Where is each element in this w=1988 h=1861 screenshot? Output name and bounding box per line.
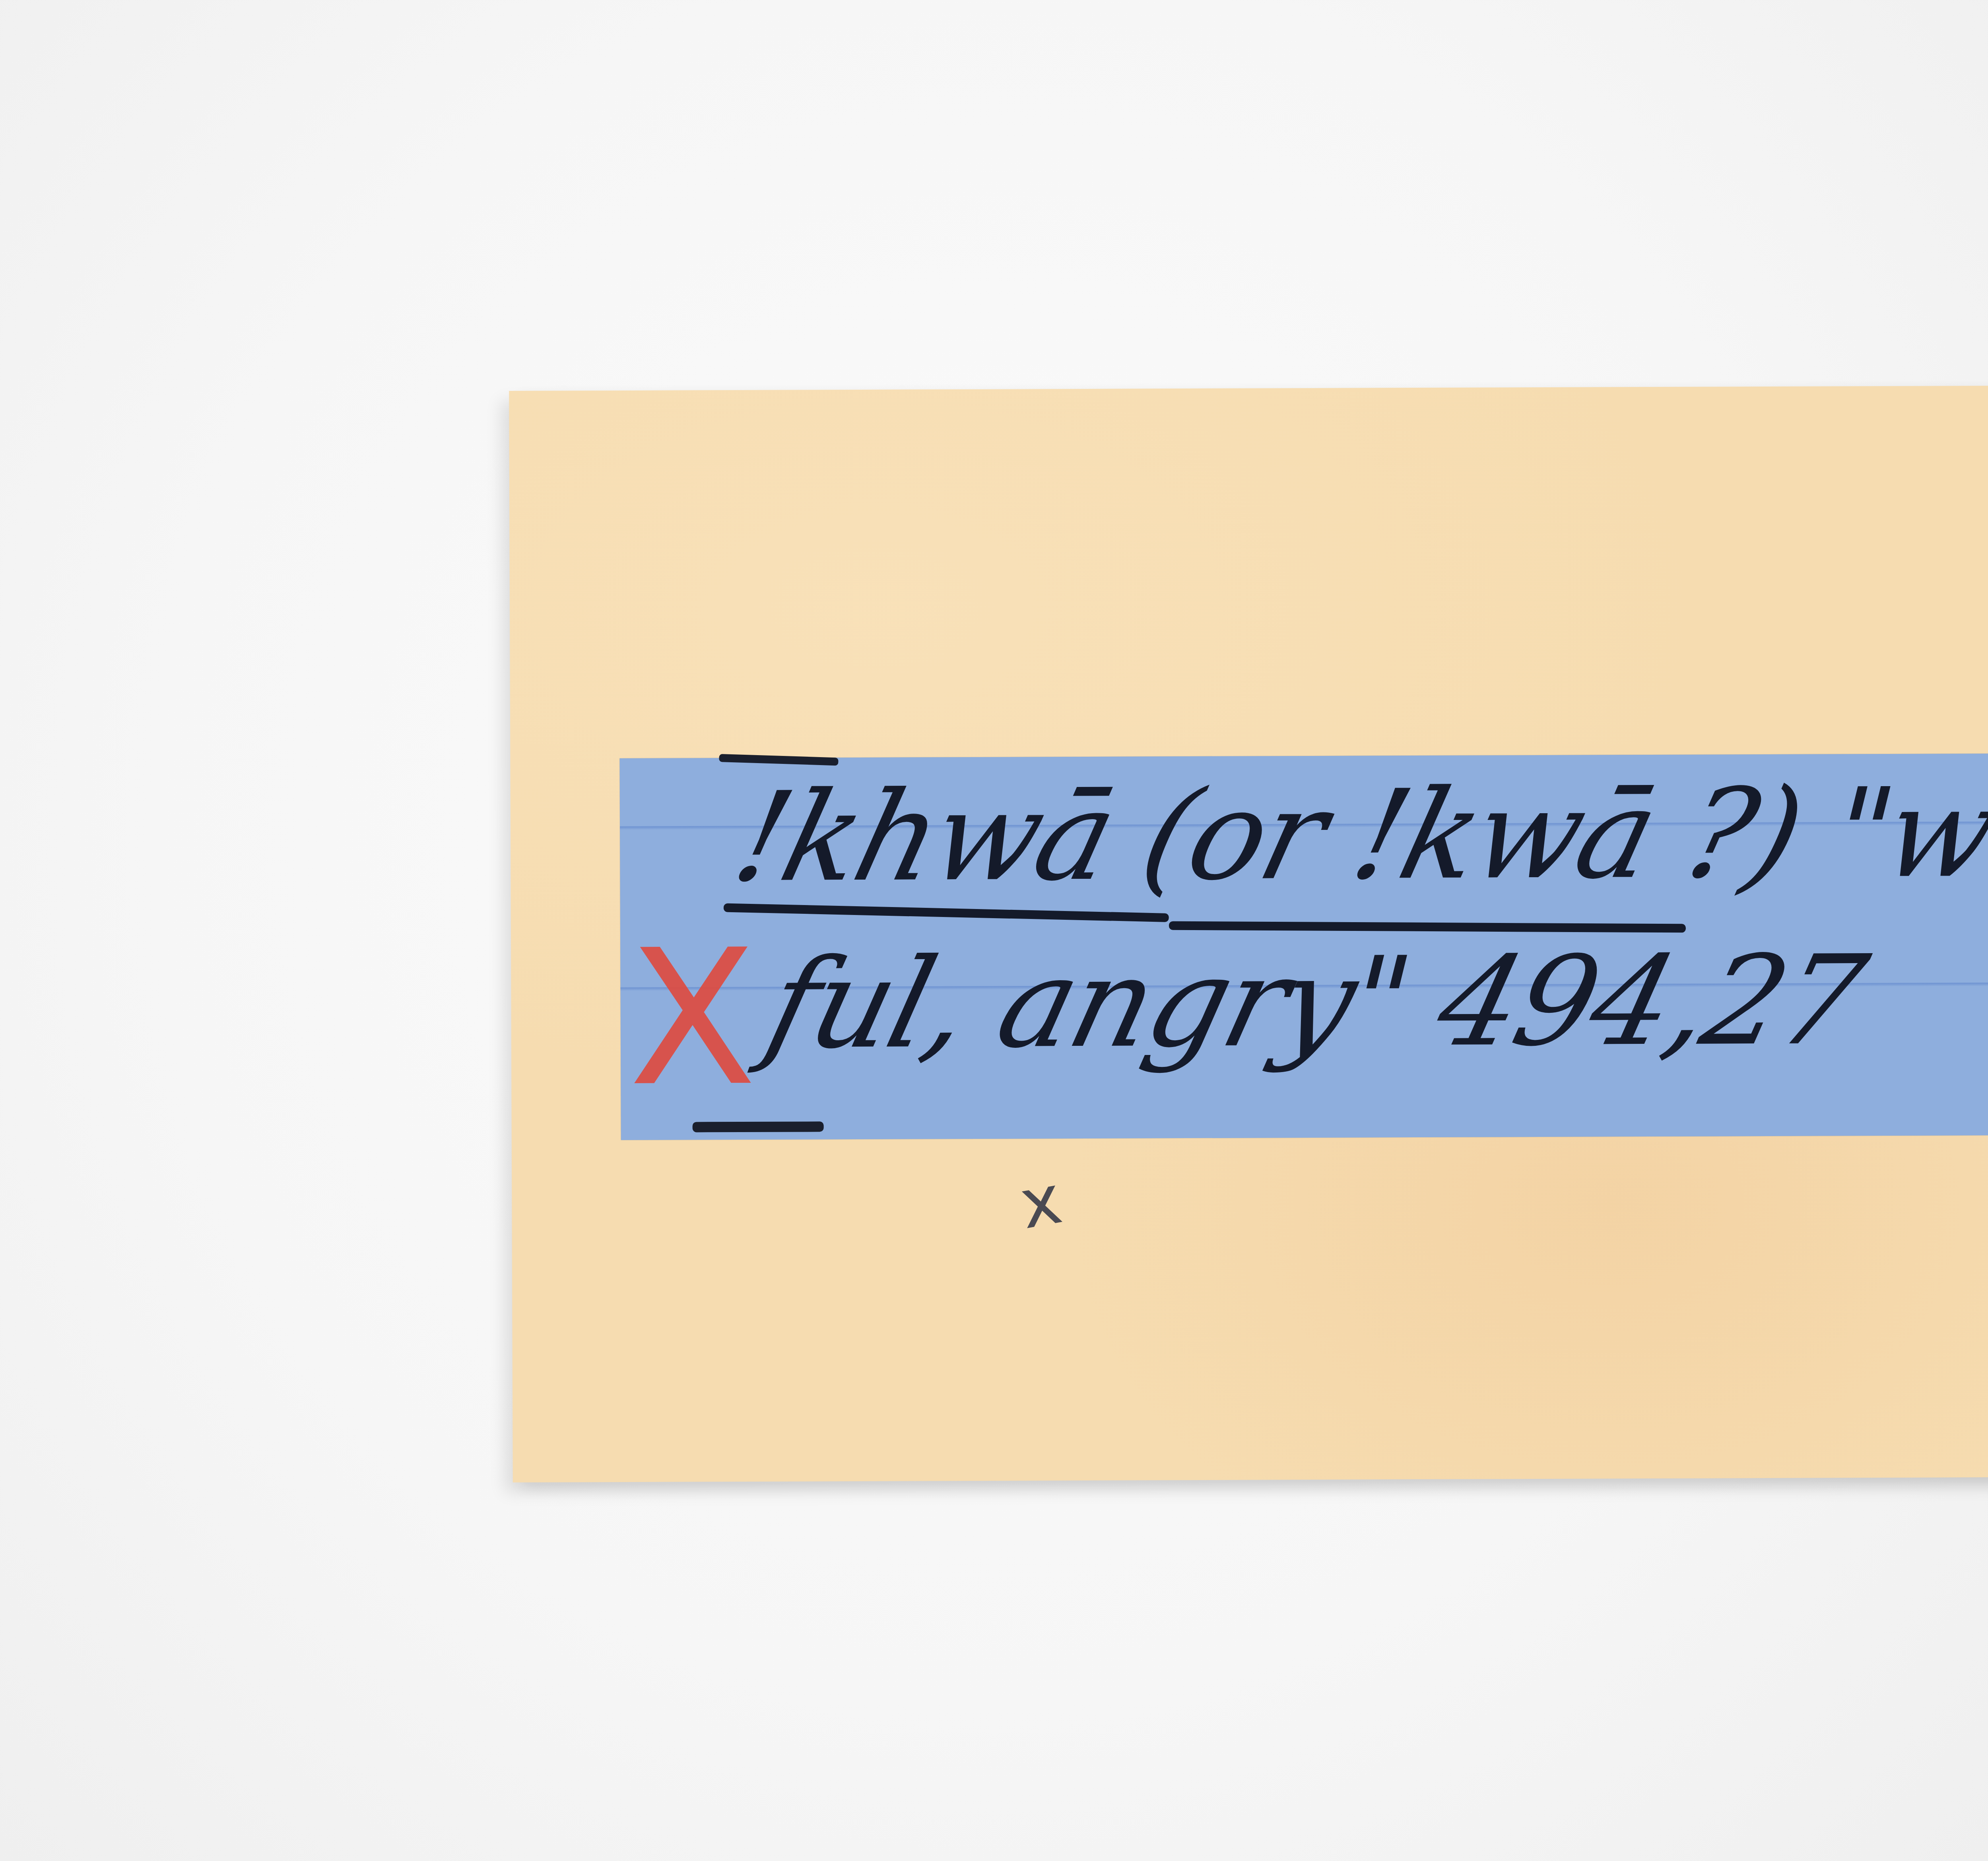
slip-line-1: !khwā (or !kwā ?) "wrath- — [722, 760, 1988, 909]
ink-mark-bottom — [693, 1121, 824, 1132]
red-x-mark: X — [628, 925, 757, 1112]
pencil-x-mark: x — [1015, 1166, 1066, 1239]
blue-paper-slip: !khwā (or !kwā ?) "wrath- X ful, angry" … — [619, 753, 1988, 1140]
ink-mark-top — [719, 754, 838, 765]
index-card: !khwā (or !kwā ?) "wrath- X ful, angry" … — [509, 385, 1988, 1482]
slip-line-2: ful, angry" 494,27 — [754, 929, 1876, 1076]
